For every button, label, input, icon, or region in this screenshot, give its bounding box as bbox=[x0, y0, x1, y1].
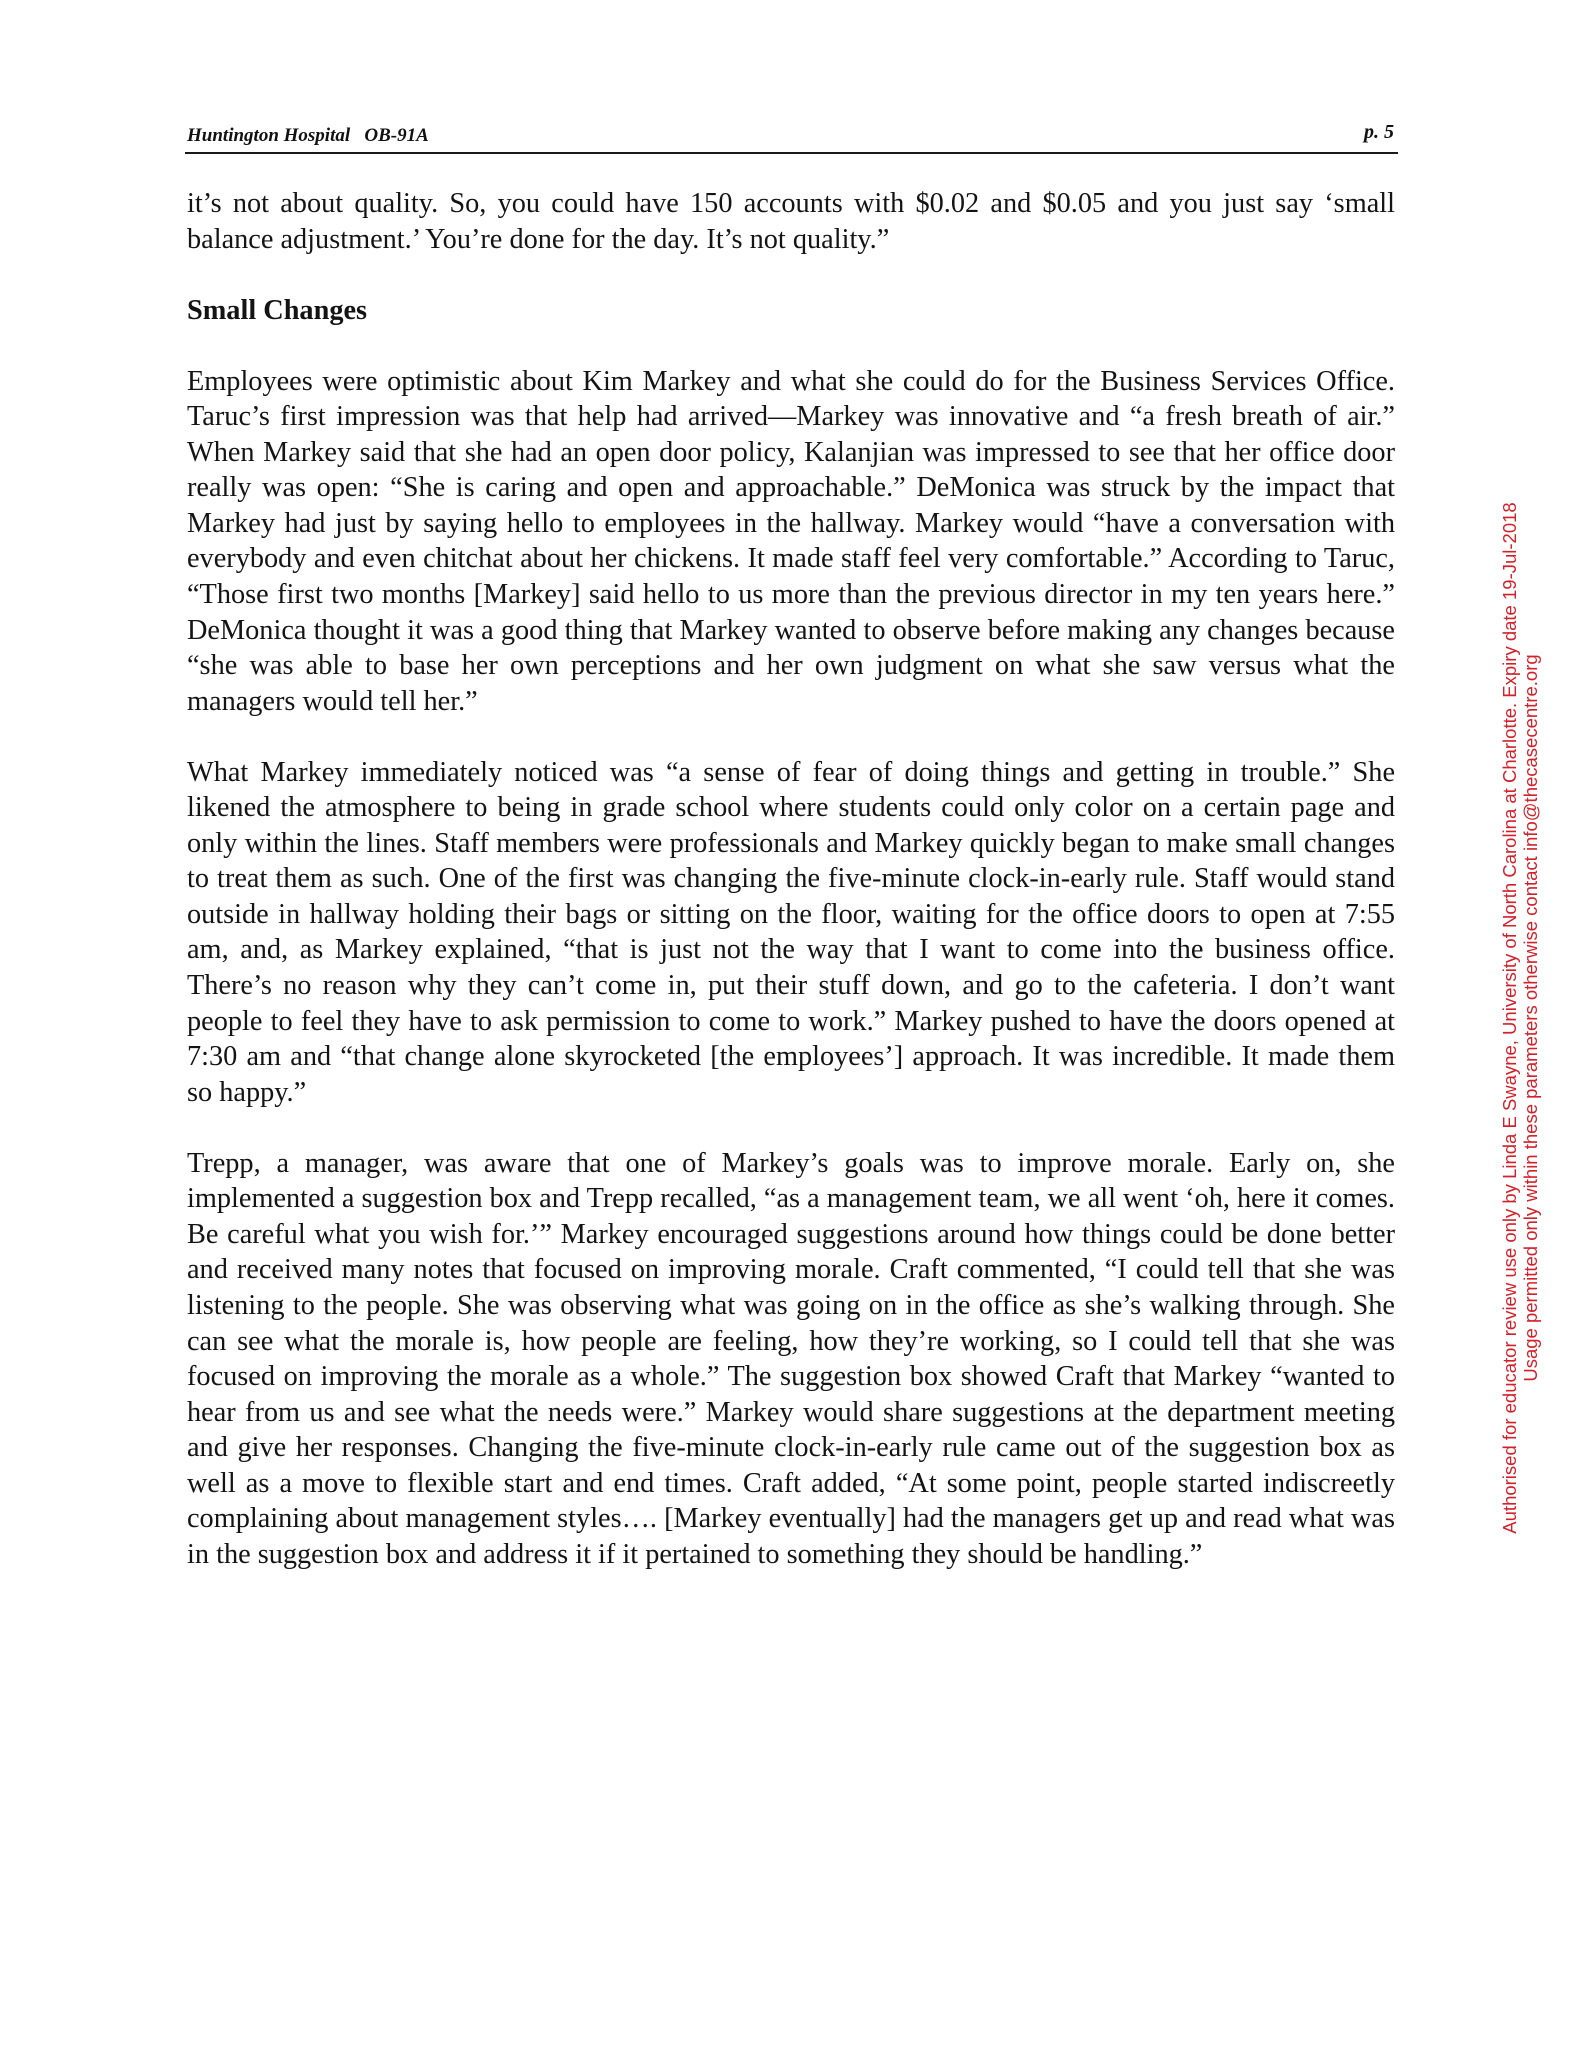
header-page-number: p. 5 bbox=[1364, 121, 1394, 144]
watermark-line-2: Usage permitted only within these parame… bbox=[1520, 502, 1541, 1533]
opening-paragraph: it’s not about quality. So, you could ha… bbox=[187, 186, 1395, 257]
document-body: it’s not about quality. So, you could ha… bbox=[187, 186, 1395, 1608]
document-page: Huntington Hospital OB-91A p. 5 it’s not… bbox=[0, 0, 1583, 2048]
header-case-title: Huntington Hospital OB-91A bbox=[187, 125, 429, 147]
section-heading: Small Changes bbox=[187, 293, 1395, 329]
page-header: Huntington Hospital OB-91A p. 5 bbox=[185, 118, 1398, 154]
paragraph: Trepp, a manager, was aware that one of … bbox=[187, 1146, 1395, 1573]
license-watermark: Authorised for educator review use only … bbox=[1499, 502, 1541, 1533]
paragraph: Employees were optimistic about Kim Mark… bbox=[187, 364, 1395, 719]
watermark-line-1: Authorised for educator review use only … bbox=[1499, 502, 1520, 1533]
paragraph: What Markey immediately noticed was “a s… bbox=[187, 755, 1395, 1110]
